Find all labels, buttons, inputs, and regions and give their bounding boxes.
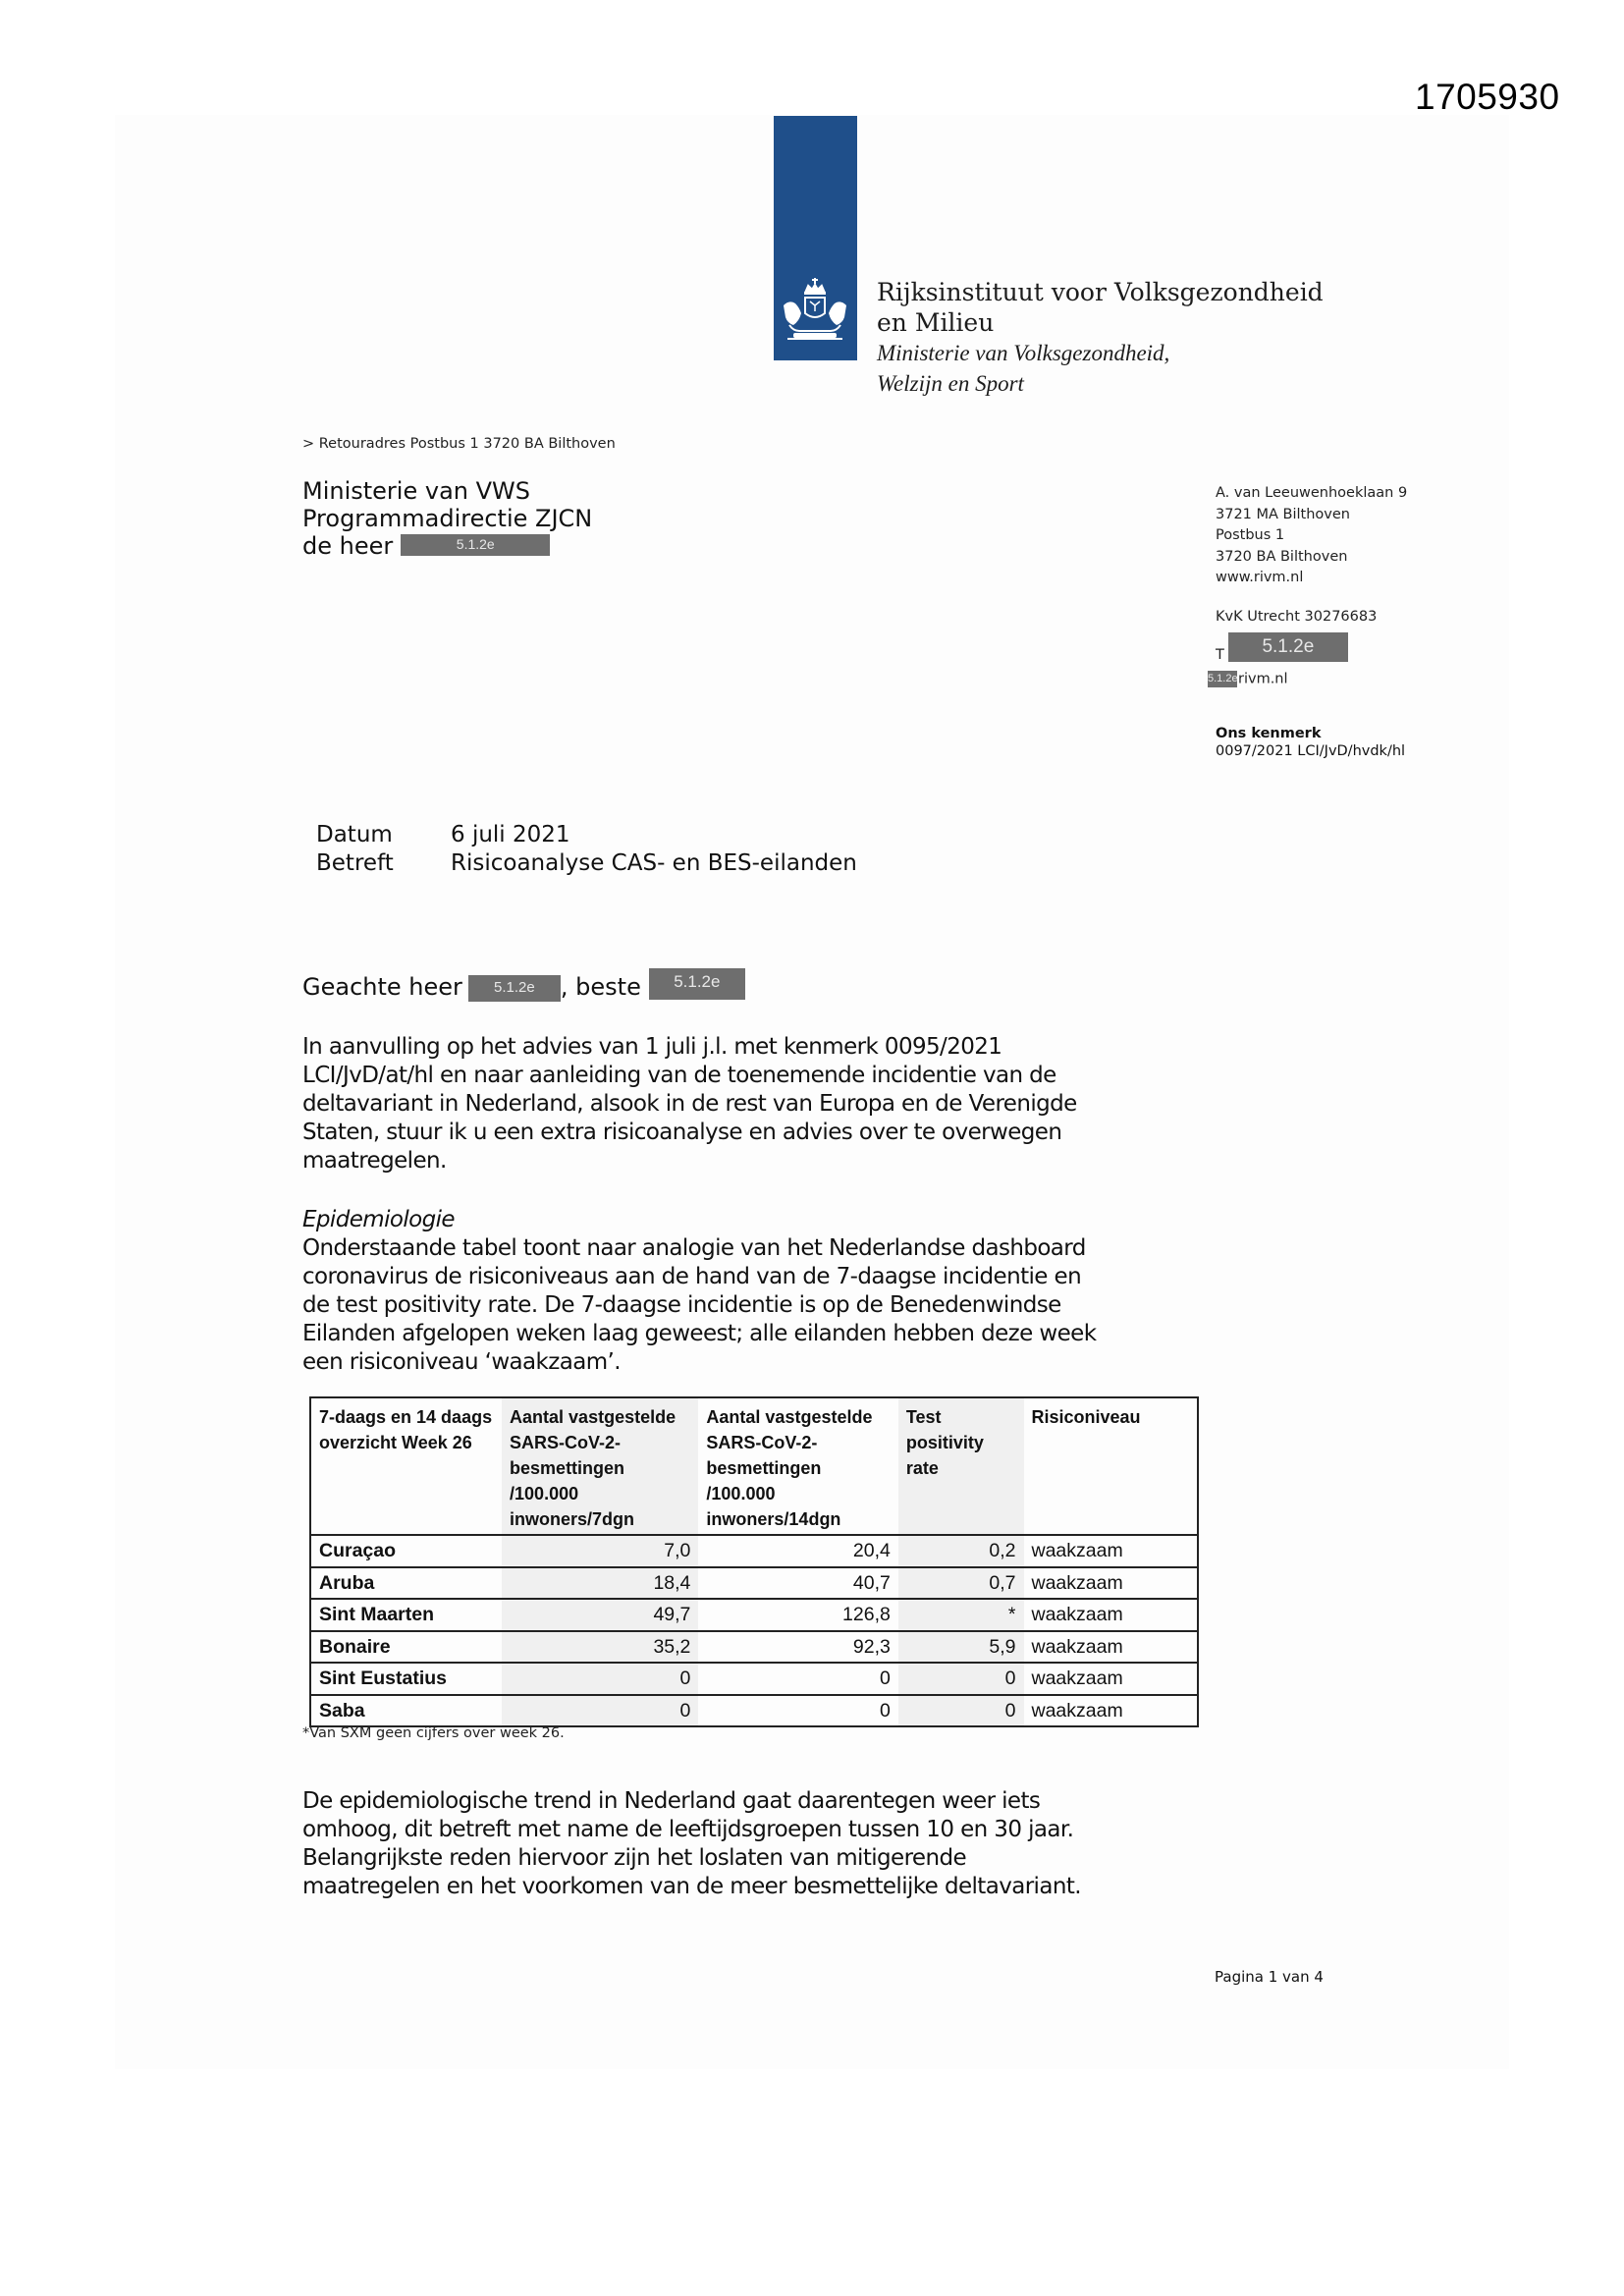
column-header: Risiconiveau xyxy=(1024,1397,1199,1535)
table-row: Bonaire35,292,35,9waakzaam xyxy=(310,1631,1198,1664)
addressee-prefix: de heer xyxy=(302,532,393,560)
addressee-line-1: Ministerie van VWS xyxy=(302,477,592,505)
island-cell: Curaçao xyxy=(310,1535,502,1567)
risk-table: 7-daags en 14 daags overzicht Week 26 Aa… xyxy=(309,1396,1199,1727)
incidence-14d-cell: 92,3 xyxy=(698,1631,897,1664)
test-positivity-cell: 0 xyxy=(898,1663,1024,1695)
salutation: Geachte heer5.1.2e, beste5.1.2e xyxy=(302,972,745,1004)
incidence-14d-cell: 40,7 xyxy=(698,1567,897,1600)
redaction-box: 5.1.2e xyxy=(1228,632,1348,662)
column-header: Test positivity rate xyxy=(898,1397,1024,1535)
incidence-14d-cell: 0 xyxy=(698,1663,897,1695)
incidence-7d-cell: 0 xyxy=(502,1663,698,1695)
sender-line: A. van Leeuwenhoeklaan 9 xyxy=(1216,483,1407,505)
document-number: 1705930 xyxy=(1415,77,1560,118)
incidence-7d-cell: 49,7 xyxy=(502,1599,698,1631)
text-line: In aanvulling op het advies van 1 juli j… xyxy=(302,1033,1216,1062)
ministry-line-2: Welzijn en Sport xyxy=(877,368,1324,399)
intro-paragraph: In aanvulling op het advies van 1 juli j… xyxy=(302,1033,1216,1175)
text-line: omhoog, dit betreft met name de leeftijd… xyxy=(302,1816,1216,1844)
redaction-box: 5.1.2e xyxy=(1208,671,1237,687)
reference-value: 0097/2021 LCI/JvD/hvdk/hl xyxy=(1216,743,1405,759)
date-value: 6 juli 2021 xyxy=(451,821,570,849)
email-line: 5.1.2erivm.nl xyxy=(1208,671,1288,687)
text-line: Onderstaande tabel toont naar analogie v… xyxy=(302,1234,1216,1263)
return-address: > Retouradres Postbus 1 3720 BA Bilthove… xyxy=(302,436,616,452)
island-cell: Bonaire xyxy=(310,1631,502,1664)
test-positivity-cell: 5,9 xyxy=(898,1631,1024,1664)
reference-block: Ons kenmerk 0097/2021 LCI/JvD/hvdk/hl xyxy=(1216,725,1405,760)
risk-level-cell: waakzaam xyxy=(1024,1695,1199,1727)
text-line: De epidemiologische trend in Nederland g… xyxy=(302,1787,1216,1816)
text-line: deltavariant in Nederland, alsook in de … xyxy=(302,1090,1216,1119)
text-line: coronavirus de risiconiveaus aan de hand… xyxy=(302,1263,1216,1291)
test-positivity-cell: * xyxy=(898,1599,1024,1631)
phone-label: T xyxy=(1216,647,1224,663)
incidence-14d-cell: 20,4 xyxy=(698,1535,897,1567)
column-header: Aantal vastgestelde SARS-CoV-2- besmetti… xyxy=(698,1397,897,1535)
sender-line: Postbus 1 xyxy=(1216,525,1407,547)
text-line: maatregelen en het voorkomen van de meer… xyxy=(302,1873,1216,1901)
risk-level-cell: waakzaam xyxy=(1024,1663,1199,1695)
risk-level-cell: waakzaam xyxy=(1024,1631,1199,1664)
salutation-text: Geachte heer xyxy=(302,973,462,1001)
incidence-7d-cell: 7,0 xyxy=(502,1535,698,1567)
incidence-14d-cell: 126,8 xyxy=(698,1599,897,1631)
date-row: Datum 6 juli 2021 xyxy=(316,821,857,849)
phone-line: T5.1.2e xyxy=(1216,640,1348,670)
addressee-line-3: de heer5.1.2e xyxy=(302,532,592,560)
org-line-1: Rijksinstituut voor Volksgezondheid xyxy=(877,277,1324,307)
table-body: Curaçao7,020,40,2waakzaamAruba18,440,70,… xyxy=(310,1535,1198,1726)
text-line: de test positivity rate. De 7-daagse inc… xyxy=(302,1291,1216,1320)
risk-level-cell: waakzaam xyxy=(1024,1567,1199,1600)
island-cell: Aruba xyxy=(310,1567,502,1600)
logo-bar xyxy=(774,116,857,360)
sender-website: www.rivm.nl xyxy=(1216,568,1407,589)
ministry-line-1: Ministerie van Volksgezondheid, xyxy=(877,338,1324,368)
table-header-row: 7-daags en 14 daags overzicht Week 26 Aa… xyxy=(310,1397,1198,1535)
incidence-14d-cell: 0 xyxy=(698,1695,897,1727)
table-row: Sint Maarten49,7126,8*waakzaam xyxy=(310,1599,1198,1631)
salutation-text: , beste xyxy=(561,973,641,1001)
email-suffix: rivm.nl xyxy=(1238,672,1288,687)
incidence-7d-cell: 35,2 xyxy=(502,1631,698,1664)
epidemiology-section: Epidemiologie Onderstaande tabel toont n… xyxy=(302,1206,1216,1377)
island-cell: Saba xyxy=(310,1695,502,1727)
text-line: een risiconiveau ‘waakzaam’. xyxy=(302,1348,1216,1377)
redaction-box: 5.1.2e xyxy=(401,534,550,556)
org-line-2: en Milieu xyxy=(877,307,1324,338)
column-header: 7-daags en 14 daags overzicht Week 26 xyxy=(310,1397,502,1535)
section-heading: Epidemiologie xyxy=(302,1206,1216,1234)
royal-coat-of-arms-icon xyxy=(780,278,850,347)
subject-value: Risicoanalyse CAS- en BES-eilanden xyxy=(451,849,857,878)
test-positivity-cell: 0,7 xyxy=(898,1567,1024,1600)
kvk-number: KvK Utrecht 30276683 xyxy=(1216,609,1377,625)
island-cell: Sint Maarten xyxy=(310,1599,502,1631)
sender-address: A. van Leeuwenhoeklaan 9 3721 MA Bilthov… xyxy=(1216,483,1407,589)
redaction-box: 5.1.2e xyxy=(468,975,561,1002)
test-positivity-cell: 0,2 xyxy=(898,1535,1024,1567)
column-header: Aantal vastgestelde SARS-CoV-2- besmetti… xyxy=(502,1397,698,1535)
table-row: Saba000waakzaam xyxy=(310,1695,1198,1727)
text-line: Staten, stuur ik u een extra risicoanaly… xyxy=(302,1119,1216,1147)
subject-label: Betreft xyxy=(316,849,451,878)
date-label: Datum xyxy=(316,821,451,849)
risk-level-cell: waakzaam xyxy=(1024,1599,1199,1631)
trend-paragraph: De epidemiologische trend in Nederland g… xyxy=(302,1787,1216,1901)
text-line: Eilanden afgelopen weken laag geweest; a… xyxy=(302,1320,1216,1348)
incidence-7d-cell: 0 xyxy=(502,1695,698,1727)
sender-line: 3720 BA Bilthoven xyxy=(1216,547,1407,569)
table-row: Curaçao7,020,40,2waakzaam xyxy=(310,1535,1198,1567)
risk-level-cell: waakzaam xyxy=(1024,1535,1199,1567)
text-line: LCI/JvD/at/hl en naar aanleiding van de … xyxy=(302,1062,1216,1090)
sender-line: 3721 MA Bilthoven xyxy=(1216,505,1407,526)
reference-label: Ons kenmerk xyxy=(1216,726,1321,741)
table-row: Sint Eustatius000waakzaam xyxy=(310,1663,1198,1695)
organization-name: Rijksinstituut voor Volksgezondheid en M… xyxy=(877,277,1324,399)
redaction-box: 5.1.2e xyxy=(649,968,745,1000)
table-row: Aruba18,440,70,7waakzaam xyxy=(310,1567,1198,1600)
addressee-line-2: Programmadirectie ZJCN xyxy=(302,505,592,532)
incidence-7d-cell: 18,4 xyxy=(502,1567,698,1600)
page-number: Pagina 1 van 4 xyxy=(1215,1968,1324,1986)
test-positivity-cell: 0 xyxy=(898,1695,1024,1727)
island-cell: Sint Eustatius xyxy=(310,1663,502,1695)
letter-meta: Datum 6 juli 2021 Betreft Risicoanalyse … xyxy=(316,821,857,878)
addressee-block: Ministerie van VWS Programmadirectie ZJC… xyxy=(302,477,592,560)
table-footnote: *Van SXM geen cijfers over week 26. xyxy=(302,1725,565,1741)
subject-row: Betreft Risicoanalyse CAS- en BES-eiland… xyxy=(316,849,857,878)
text-line: maatregelen. xyxy=(302,1147,1216,1175)
text-line: Belangrijkste reden hiervoor zijn het lo… xyxy=(302,1844,1216,1873)
